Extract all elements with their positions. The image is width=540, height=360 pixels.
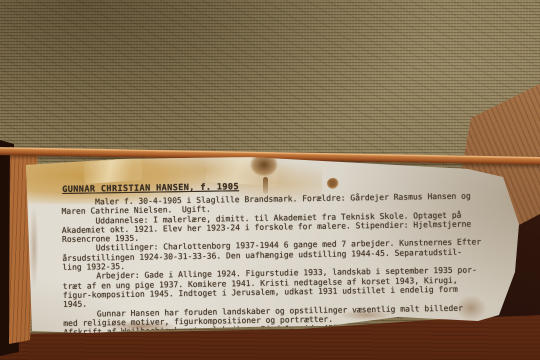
typed-label-text: GUNNAR CHRISTIAN HANSEN, f. 1905 Maler f… [61,170,523,338]
photo-back-of-painting: GUNNAR CHRISTIAN HANSEN, f. 1905 Maler f… [0,0,540,360]
label-title: GUNNAR CHRISTIAN HANSEN, f. 1905 [62,182,239,195]
